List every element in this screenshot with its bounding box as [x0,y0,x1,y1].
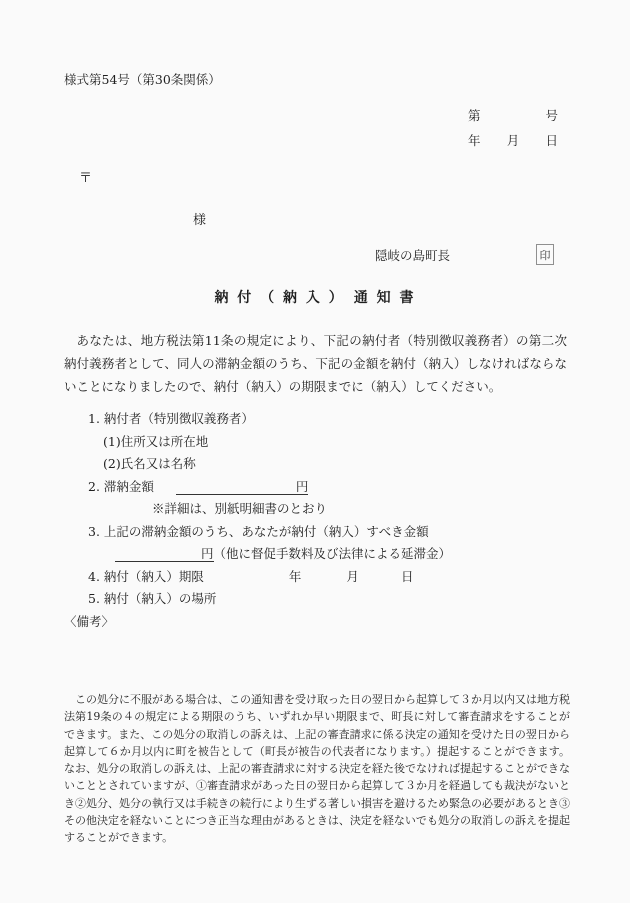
doc-number-suffix: 号 [545,106,558,124]
remarks-label: 〈備考〉 [64,611,568,634]
payable-amount-blank [115,557,201,558]
postal-mark: 〒 [79,167,92,186]
arrears-amount-field: 円 [176,480,309,495]
item-payer: 1. 納付者（特別徴収義務者） [88,408,568,431]
date-month-label: 月 [507,131,520,149]
document-title: 納 付 （ 納 入 ） 通 知 書 [0,287,630,307]
item-place-label: 5. 納付（納入）の場所 [88,588,568,611]
item-deadline-line: 4. 納付（納入）期限年月日 [88,566,568,589]
deadline-day-label: 日 [401,569,414,584]
doc-number-prefix: 第 [468,106,481,124]
appeal-notice: この処分に不服がある場合は、この通知書を受け取った日の翌日から起算して３か月以内… [64,691,570,847]
date-day-label: 日 [545,131,558,149]
payment-notice-document: 様式第54号（第30条関係） 第 号 年 月 日 〒 様 隠岐の島町長 印 納 … [0,0,630,903]
item-payer-name: (2)氏名又は名称 [103,453,568,476]
arrears-detail-note: ※詳細は、別紙明細書のとおり [152,498,568,521]
item-arrears-label: 2. 滞納金額 [88,479,154,494]
item-arrears-line: 2. 滞納金額円 [88,476,568,499]
sender-name: 隠岐の島町長 [375,246,450,264]
item-deadline-label: 4. 納付（納入）期限 [88,569,204,584]
form-number: 様式第54号（第30条関係） [64,70,221,88]
deadline-month-label: 月 [346,569,359,584]
date-year-label: 年 [468,131,481,149]
form-item-list: 1. 納付者（特別徴収義務者） (1)住所又は所在地 (2)氏名又は名称 2. … [88,408,568,633]
seal-stamp: 印 [536,244,554,265]
document-number-line: 第 号 [468,106,558,124]
payable-amount-field: 円 [115,547,214,562]
addressee-honorific: 様 [193,209,206,228]
item-payer-address: (1)住所又は所在地 [103,431,568,454]
body-paragraph: あなたは、地方税法第11条の規定により、下記の納付者（特別徴収義務者）の第二次納… [64,329,567,398]
item-payable-line: 円（他に督促手数料及び法律による延滞金） [88,543,568,566]
arrears-unit: 円 [296,479,309,494]
deadline-year-label: 年 [289,569,302,584]
arrears-amount-blank [176,490,296,491]
payable-suffix: （他に督促手数料及び法律による延滞金） [214,546,452,561]
item-payable-label: 3. 上記の滞納金額のうち、あなたが納付（納入）すべき金額 [88,521,568,544]
payable-unit: 円 [201,546,214,561]
issue-date-line: 年 月 日 [468,131,558,149]
